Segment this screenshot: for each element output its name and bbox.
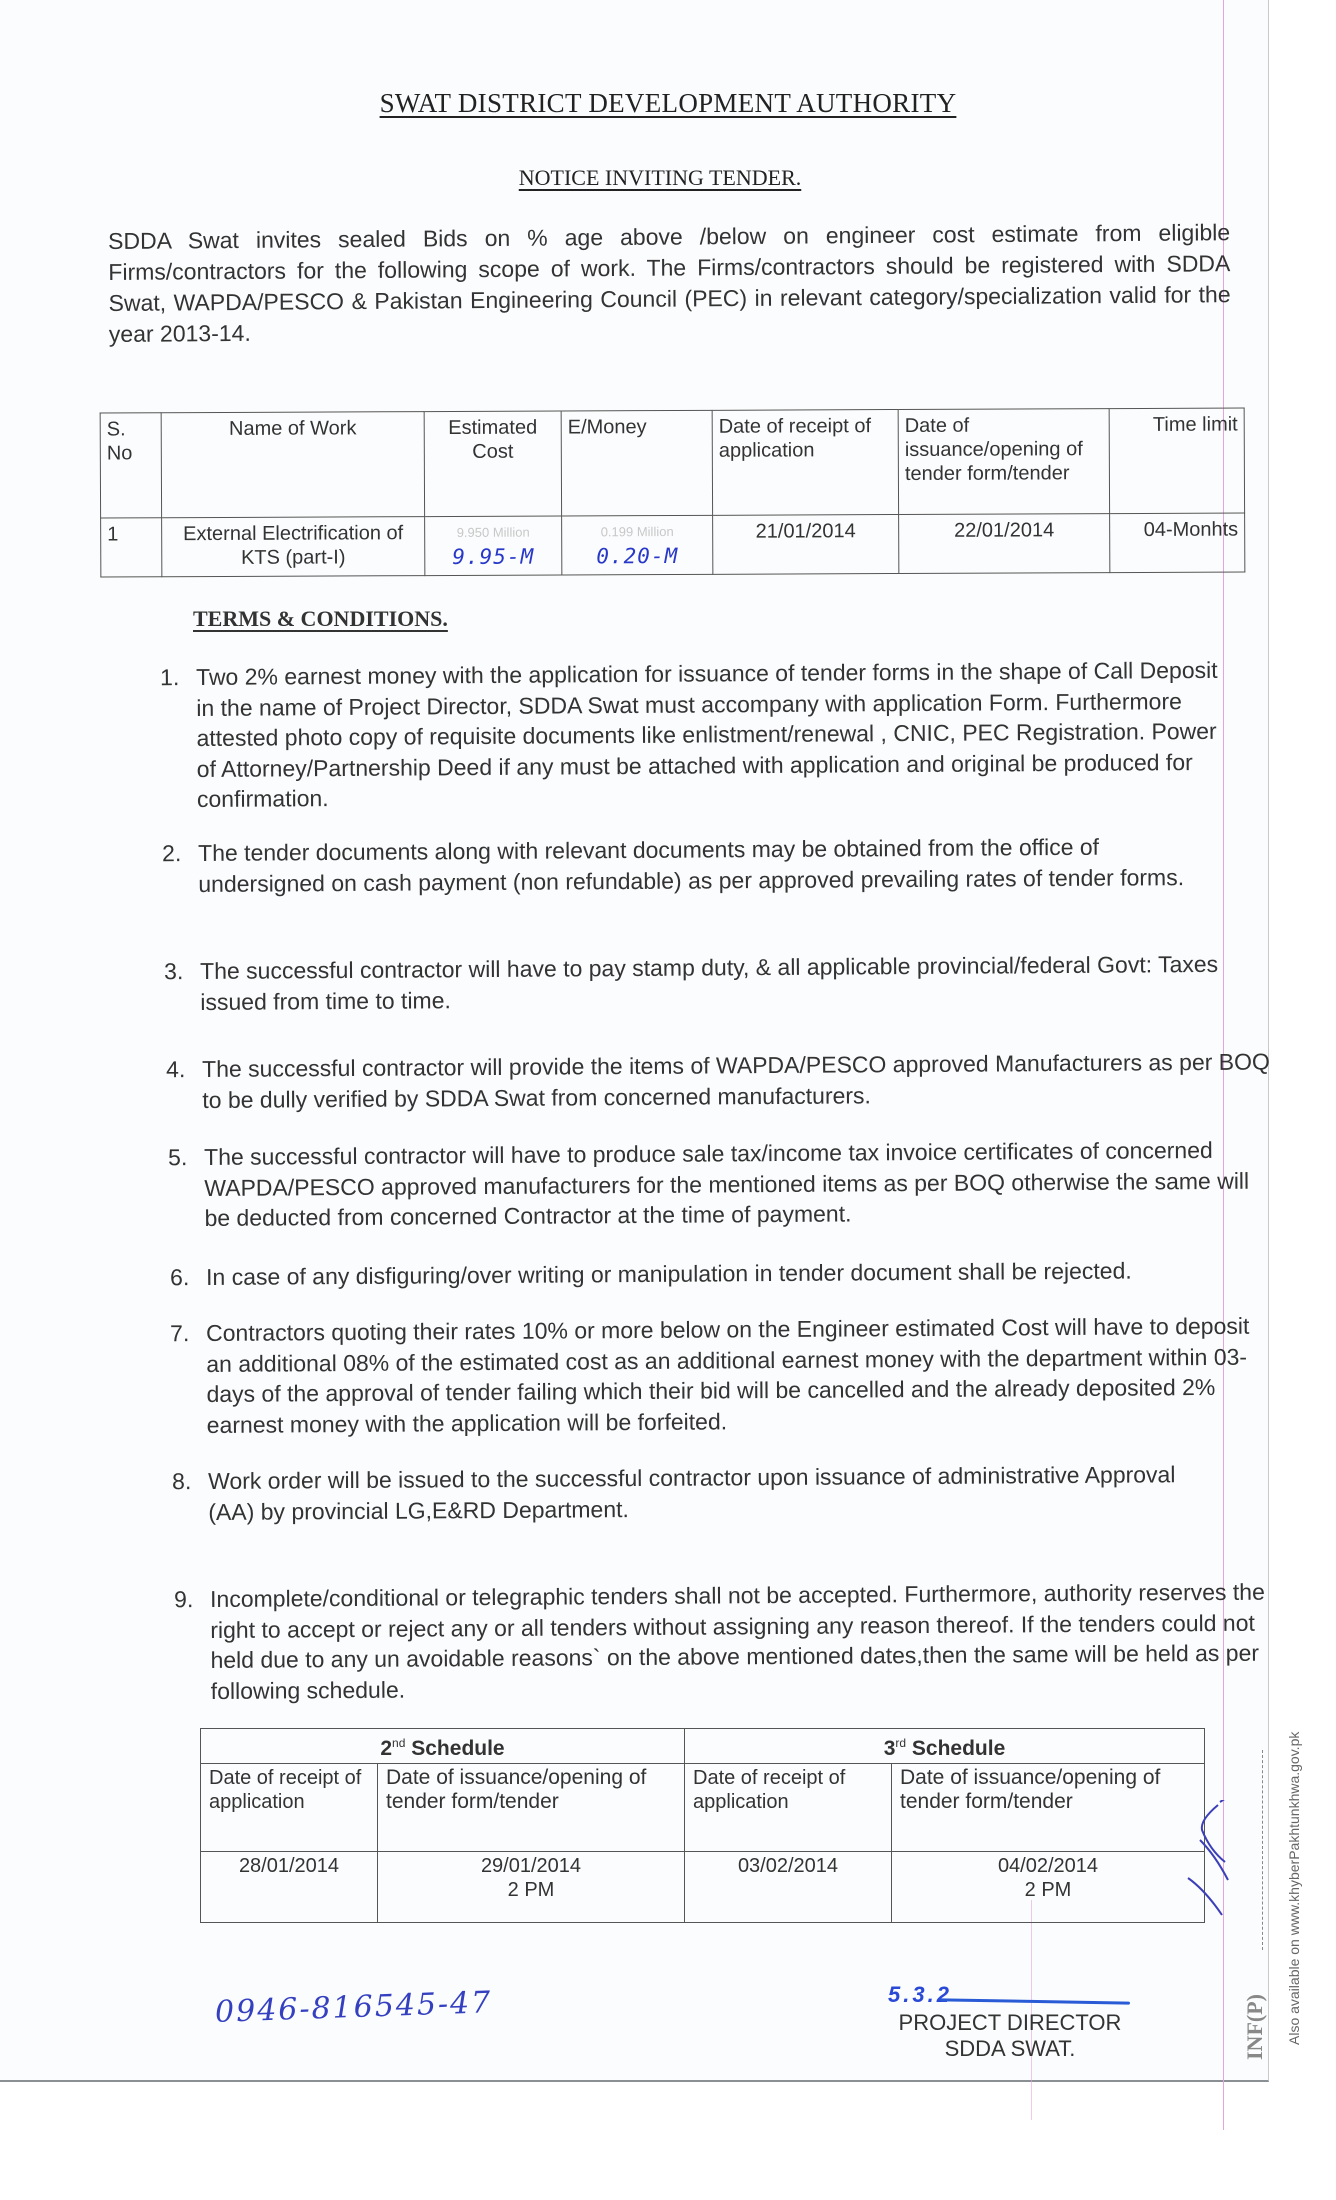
cell-name-of-work: External Electrification of KTS (part-I) — [162, 517, 425, 577]
term-number: 4. — [166, 1054, 185, 1085]
third-issuance-header: Date of issuance/opening of tender form/… — [892, 1764, 1205, 1852]
header-sno: S. No — [100, 413, 161, 518]
header-date-receipt: Date of receipt of application — [712, 410, 898, 516]
cell-date-receipt: 21/01/2014 — [713, 515, 899, 575]
term-text: Contractors quoting their rates 10% or m… — [206, 1313, 1249, 1438]
handwritten-tick-marks-icon — [1180, 1800, 1240, 1920]
header-estimated-cost: Estimated Cost — [424, 411, 561, 517]
term-text: Incomplete/conditional or telegraphic te… — [210, 1579, 1265, 1704]
term-item: 2. The tender documents along with relev… — [198, 831, 1188, 899]
cost-handwritten: 9.95-M — [431, 545, 555, 570]
term-number: 3. — [164, 956, 183, 987]
term-text: The successful contractor will have to p… — [200, 951, 1218, 1015]
schedule-table: 2nd Schedule 3rd Schedule Date of receip… — [200, 1728, 1205, 1923]
margin-stamp-mark: INF(P) — [1238, 1950, 1270, 2065]
margin-stamp-text: Also available on www.khyberPakhtunkhwa.… — [1286, 1732, 1302, 2045]
term-item: 3. The successful contractor will have t… — [200, 949, 1220, 1017]
term-number: 5. — [168, 1142, 187, 1173]
stamp-dashed-line — [1262, 1750, 1264, 1950]
term-number: 8. — [172, 1466, 191, 1497]
term-number: 1. — [160, 662, 179, 693]
third-schedule-title: 3rd Schedule — [685, 1729, 1205, 1764]
authority-title: SWAT DISTRICT DEVELOPMENT AUTHORITY — [0, 88, 1336, 119]
terms-heading: TERMS & CONDITIONS. — [193, 606, 448, 632]
second-receipt-date: 28/01/2014 — [201, 1852, 378, 1923]
term-item: 5. The successful contractor will have t… — [204, 1135, 1255, 1234]
designation-block: PROJECT DIRECTOR SDDA SWAT. — [800, 2010, 1220, 2062]
term-text: The successful contractor will provide t… — [202, 1049, 1270, 1113]
term-text: The successful contractor will have to p… — [204, 1137, 1249, 1231]
term-item: 4. The successful contractor will provid… — [202, 1046, 1277, 1115]
emoney-handwritten: 0.20-M — [568, 544, 706, 569]
header-emoney: E/Money — [561, 410, 712, 516]
cell-emoney: 0.199 Million 0.20-M — [562, 515, 713, 575]
term-item: 7. Contractors quoting their rates 10% o… — [206, 1311, 1277, 1440]
notice-title: NOTICE INVITING TENDER. — [0, 165, 1320, 191]
term-item: 9. Incomplete/conditional or telegraphic… — [210, 1577, 1271, 1706]
emoney-printed-faint: 0.199 Million — [568, 520, 706, 545]
designation-org: SDDA SWAT. — [800, 2036, 1220, 2062]
cost-printed-faint: 9.950 Million — [431, 521, 555, 546]
term-text: The tender documents along with relevant… — [198, 834, 1184, 897]
cell-time-limit: 04-Monhts — [1110, 513, 1245, 573]
second-issuance-header: Date of issuance/opening of tender form/… — [378, 1764, 685, 1852]
header-date-issuance: Date of issuance/opening of tender form/… — [898, 409, 1109, 515]
term-item: 8. Work order will be issued to the succ… — [208, 1459, 1218, 1527]
third-receipt-header: Date of receipt of application — [685, 1764, 892, 1852]
header-name-of-work: Name of Work — [161, 412, 424, 518]
cell-date-issuance: 22/01/2014 — [899, 514, 1110, 574]
intro-paragraph: SDDA Swat invites sealed Bids on % age a… — [108, 217, 1231, 350]
cell-sno: 1 — [101, 518, 162, 577]
term-text: Work order will be issued to the success… — [208, 1461, 1175, 1524]
table-row: 1 External Electrification of KTS (part-… — [101, 513, 1245, 577]
term-number: 6. — [170, 1262, 189, 1293]
second-receipt-header: Date of receipt of application — [201, 1764, 378, 1852]
second-issuance-date: 29/01/2014 2 PM — [378, 1852, 685, 1923]
term-number: 9. — [174, 1584, 193, 1615]
tender-table-header: S. No Name of Work Estimated Cost E/Mone… — [100, 408, 1244, 518]
third-issuance-date: 04/02/2014 2 PM — [892, 1852, 1205, 1923]
designation-title: PROJECT DIRECTOR — [800, 2010, 1220, 2036]
tender-table: S. No Name of Work Estimated Cost E/Mone… — [100, 408, 1246, 578]
signature: 5.3.2 — [888, 1982, 952, 2008]
third-receipt-date: 03/02/2014 — [685, 1852, 892, 1923]
term-text: Two 2% earnest money with the applicatio… — [196, 657, 1218, 812]
term-number: 7. — [170, 1318, 189, 1349]
header-time-limit: Time limit — [1109, 408, 1244, 514]
term-number: 2. — [162, 838, 181, 869]
term-text: In case of any disfiguring/over writing … — [206, 1258, 1132, 1290]
term-item: 1. Two 2% earnest money with the applica… — [196, 655, 1237, 815]
cell-estimated-cost: 9.950 Million 9.95-M — [425, 516, 562, 576]
second-schedule-title: 2nd Schedule — [201, 1729, 685, 1764]
